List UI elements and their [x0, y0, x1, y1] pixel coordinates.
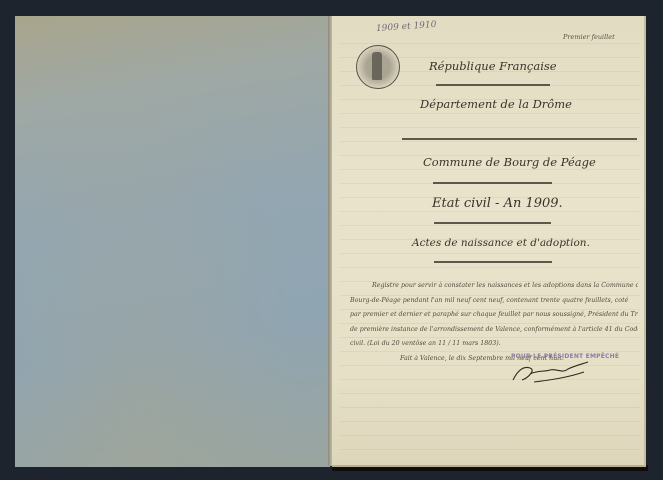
purple-stamp: POUR LE PRÉSIDENT EMPÊCHÉ [511, 353, 619, 360]
paragraph-line: civil. (Loi du 20 ventôse an 11 / 11 mar… [350, 337, 638, 352]
divider [434, 261, 552, 263]
divider [436, 84, 550, 86]
header-actes: Actes de naissance et d'adoption. [412, 237, 590, 249]
paragraph-line: de première instance de l'arrondissement… [350, 323, 638, 338]
left-page-blue-endpaper [15, 16, 330, 467]
header-commune: Commune de Bourg de Péage [423, 155, 596, 169]
header-republique: République Française [429, 59, 557, 73]
paragraph-line: par premier et dernier et paraphé sur ch… [350, 308, 638, 323]
header-etat-civil: Etat civil - An 1909. [432, 196, 563, 211]
divider [433, 182, 552, 184]
divider [402, 138, 637, 140]
paragraph-line: Bourg-de-Péage pendant l'an mil neuf cen… [350, 294, 638, 309]
signature [510, 360, 590, 384]
header-departement: Département de la Drôme [420, 97, 572, 111]
seal-figure-icon [372, 52, 382, 80]
divider [434, 222, 551, 224]
paragraph-line: Registre pour servir à constater les nai… [350, 279, 638, 294]
page-note: Premier feuillet [563, 33, 615, 41]
